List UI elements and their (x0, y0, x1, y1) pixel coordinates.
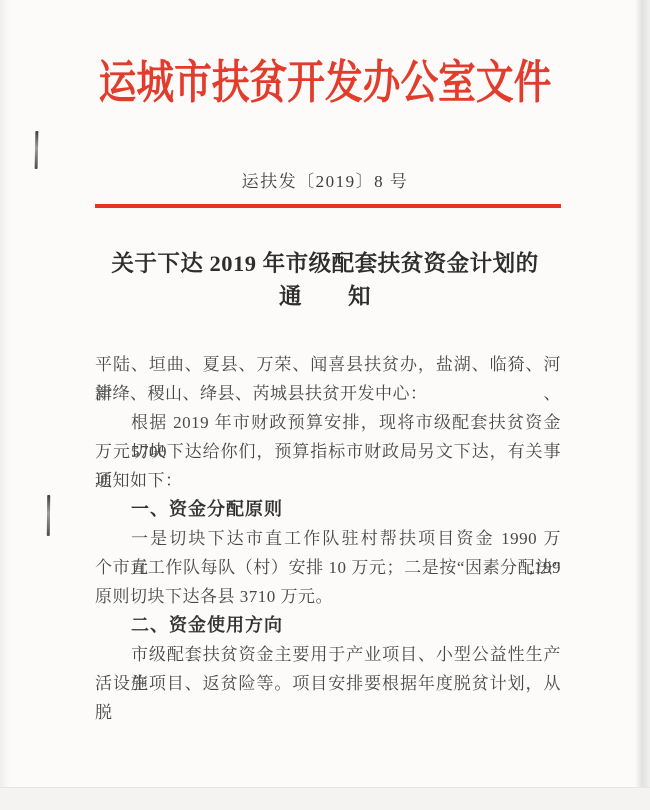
scanned-document-page: 运城市扶贫开发办公室文件 运扶发〔2019〕8 号 关于下达 2019 年市级配… (0, 0, 650, 810)
staple-mark-top (35, 131, 38, 169)
red-divider-rule (95, 204, 561, 208)
body-line-sec1-2: 个市直工作队每队（村）安排 10 万元；二是按“因素分配法” (95, 553, 561, 582)
document-title: 关于下达 2019 年市级配套扶贫资金计划的 通 知 (0, 247, 650, 313)
body-line-sec2-2: 活设施项目、返贫险等。项目安排要根据年度脱贫计划，从脱 (95, 669, 561, 698)
document-body: 平陆、垣曲、夏县、万荣、闻喜县扶贫办，盐湖、临猗、河津、 新绛、稷山、绛县、芮城… (95, 350, 561, 698)
body-line-recipients-1: 平陆、垣曲、夏县、万荣、闻喜县扶贫办，盐湖、临猗、河津、 (95, 350, 561, 379)
body-line-intro-2: 万元切块下达给你们，预算指标市财政局另文下达，有关事项 (95, 437, 561, 466)
staple-mark-bottom (47, 495, 50, 536)
page-right-edge (636, 0, 650, 789)
document-title-line1: 关于下达 2019 年市级配套扶贫资金计划的 (0, 247, 650, 280)
body-line-sec1-3: 原则切块下达各县 3710 万元。 (95, 582, 561, 611)
document-number: 运扶发〔2019〕8 号 (0, 167, 650, 192)
page-bottom-edge (0, 787, 650, 810)
section-heading-2: 二、资金使用方向 (95, 611, 561, 640)
page-left-shadow (0, 0, 10, 810)
body-line-sec1-1: 一是切块下达市直工作队驻村帮扶项目资金 1990 万元,199 (95, 524, 561, 553)
letterhead-title: 运城市扶贫开发办公室文件 (59, 46, 592, 112)
document-title-line2: 通 知 (0, 280, 650, 313)
body-line-sec2-1: 市级配套扶贫资金主要用于产业项目、小型公益性生产生 (95, 640, 561, 669)
body-line-intro-1: 根据 2019 年市财政预算安排，现将市级配套扶贫资金 5700 (95, 408, 561, 437)
section-heading-1: 一、资金分配原则 (95, 495, 561, 524)
body-line-intro-3: 通知如下： (95, 466, 561, 495)
